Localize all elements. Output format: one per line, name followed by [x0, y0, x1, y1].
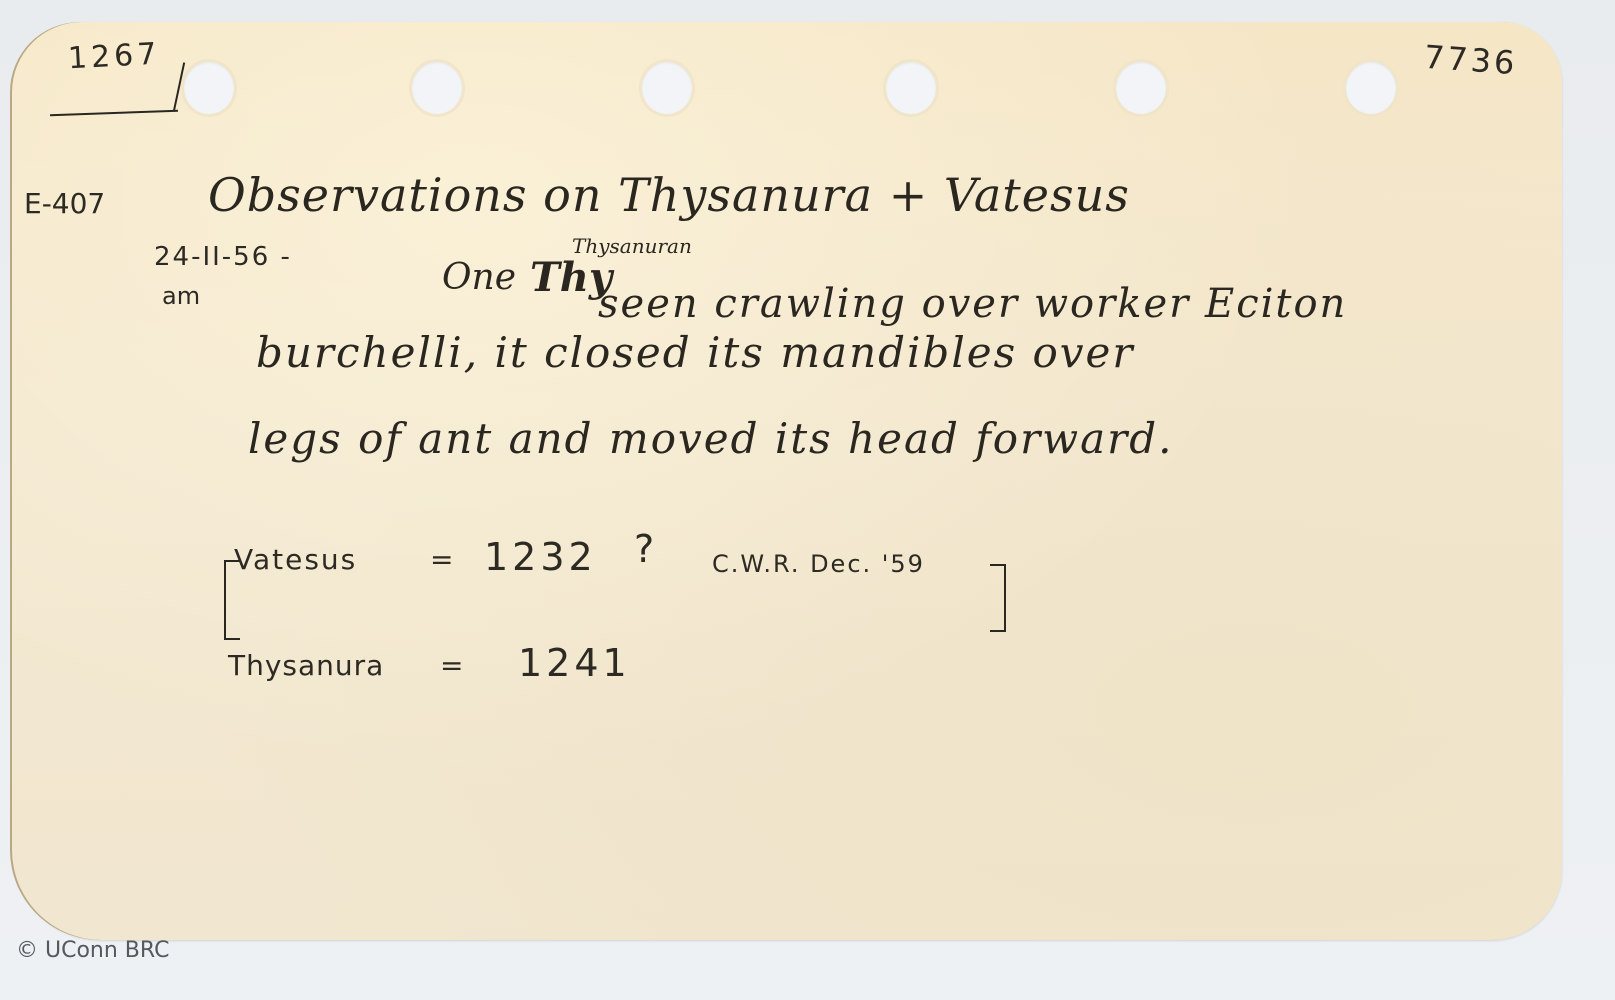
footnote-value: 1241: [518, 644, 631, 682]
punch-hole: [184, 62, 234, 114]
footnote-label: Thysanura: [228, 652, 384, 680]
entry-line-1: seen crawling over worker Eciton: [598, 284, 1347, 324]
scan-viewer: 1267 7736 E-407 Observations on Thysanur…: [0, 0, 1615, 1000]
catalogue-number: 1267: [67, 40, 161, 75]
entry-date: 24-II-56 -: [154, 244, 292, 270]
annotation-bracket-right: [990, 564, 1006, 632]
reference-number: 7736: [1423, 41, 1518, 79]
annotation-value: 1232: [484, 538, 597, 576]
entry-time: am: [162, 284, 200, 308]
entry-line-3: legs of ant and moved its head forward.: [248, 418, 1173, 460]
entry-line-1-prefix: One: [442, 260, 516, 296]
punch-hole: [1346, 62, 1396, 114]
copyright-notice: © UConn BRC: [16, 938, 169, 963]
punch-hole: [642, 62, 692, 114]
footnote-equals: =: [440, 652, 463, 680]
punch-hole: [412, 62, 462, 114]
catalogue-underline: [50, 110, 178, 116]
punch-hole: [1116, 62, 1166, 114]
punch-hole: [886, 62, 936, 114]
annotation-initials-date: C.W.R. Dec. '59: [712, 552, 925, 576]
side-code: E-407: [24, 190, 105, 218]
index-card: 1267 7736 E-407 Observations on Thysanur…: [12, 22, 1562, 940]
entry-line-2: burchelli, it closed its mandibles over: [256, 332, 1134, 374]
card-title: Observations on Thysanura + Vatesus: [208, 172, 1130, 218]
annotation-query: ?: [634, 530, 654, 568]
annotation-equals: =: [430, 546, 453, 574]
annotation-label: Vatesus: [234, 546, 357, 574]
inserted-word: Thysanuran: [572, 236, 692, 256]
